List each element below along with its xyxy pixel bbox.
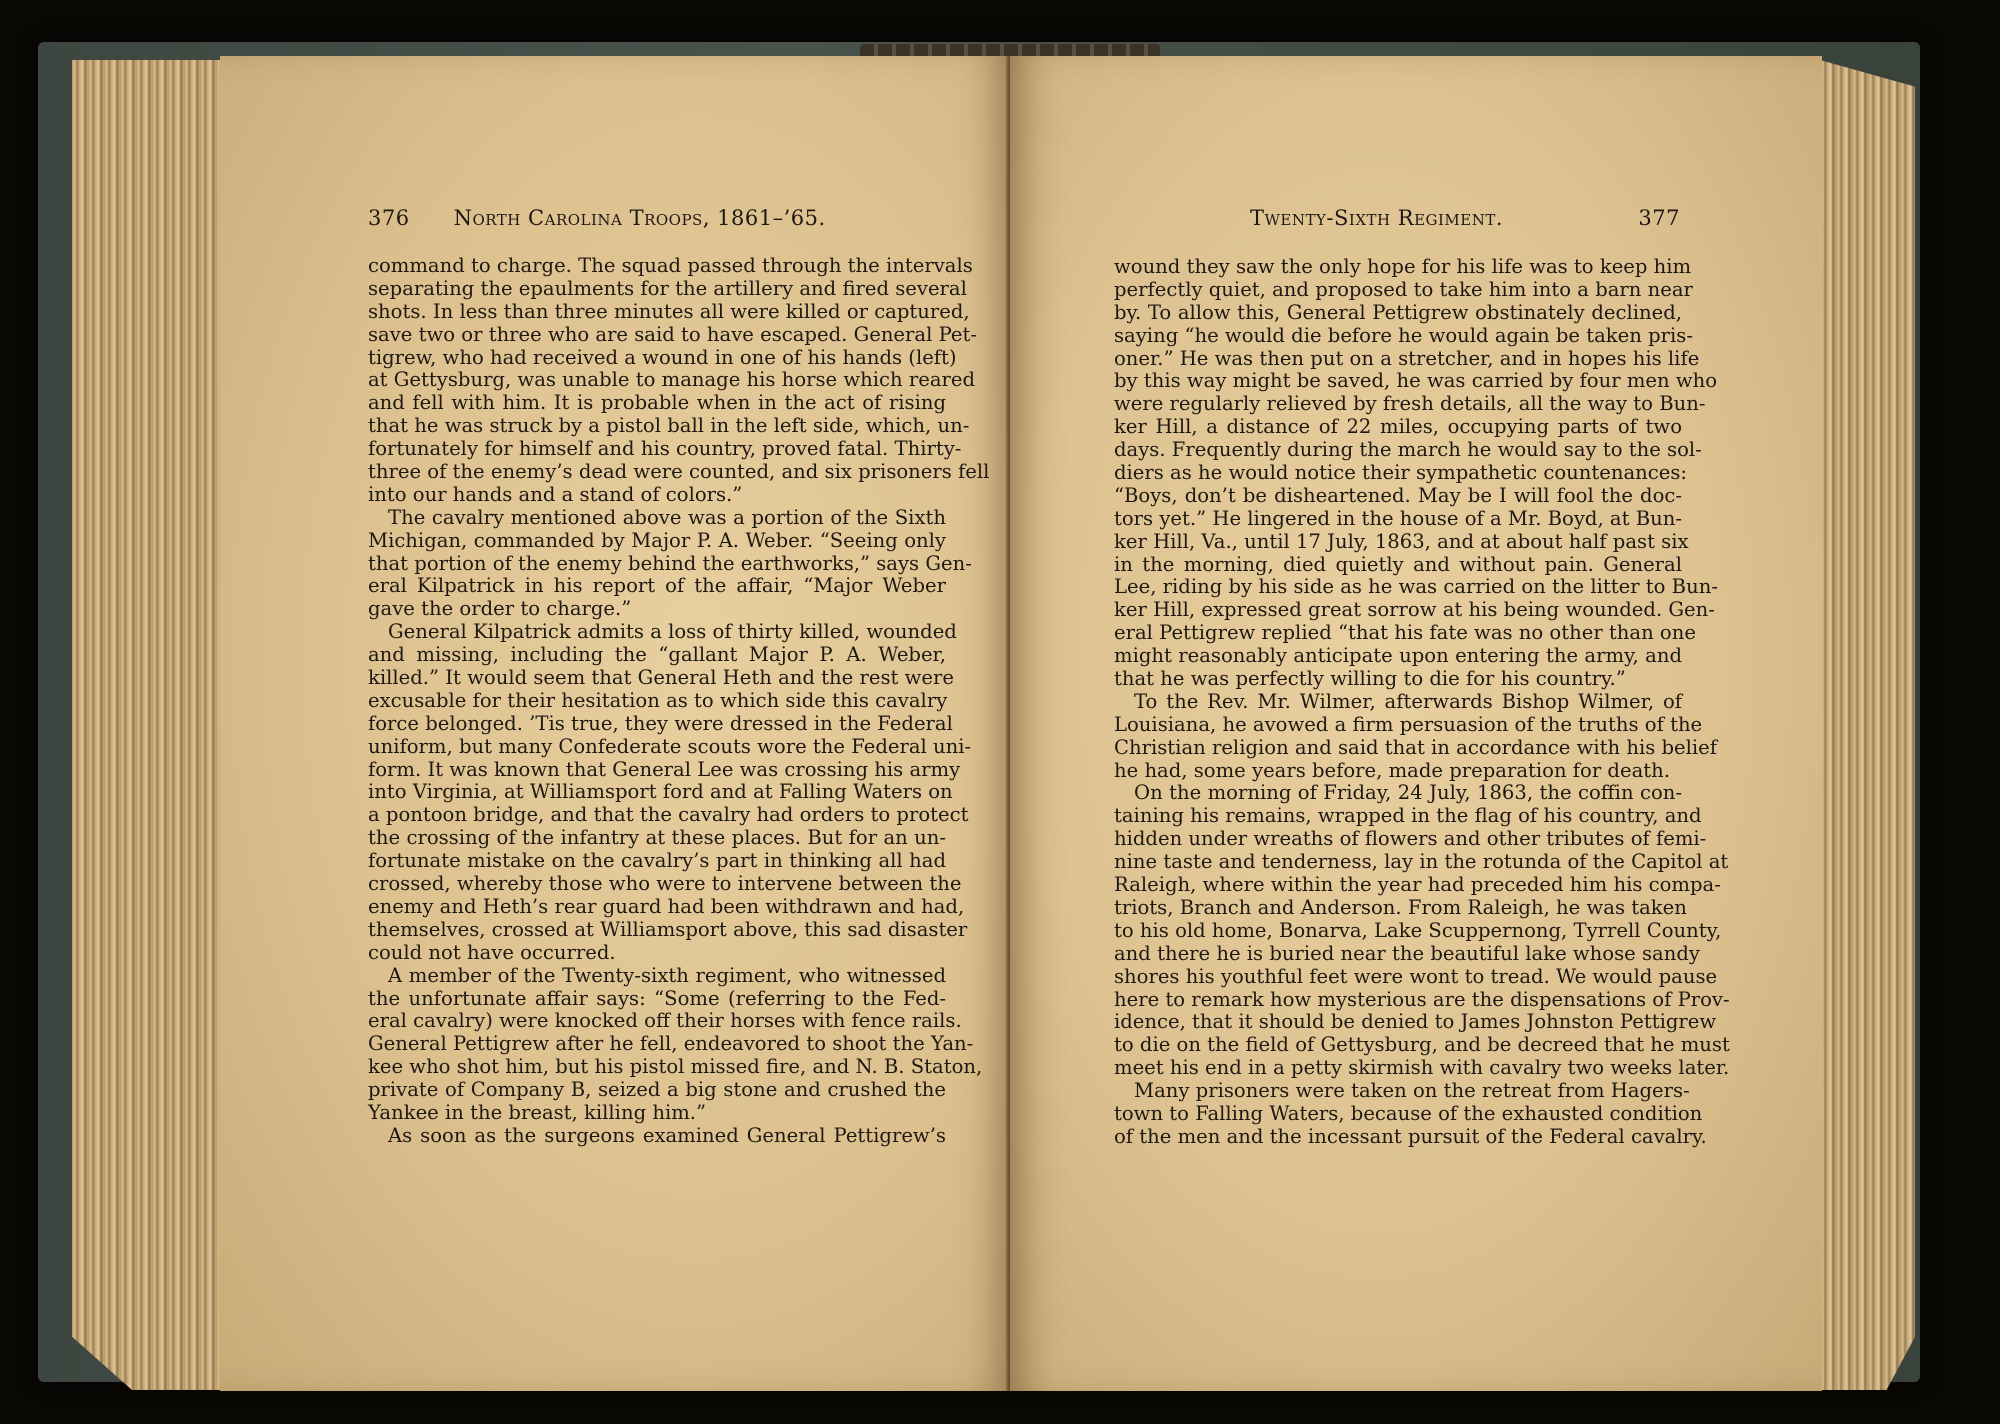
text-line: Raleigh, where within the year had prece… — [1114, 874, 1682, 897]
text-line: and fell with him. It is probable when i… — [368, 392, 946, 415]
text-line: oner.” He was then put on a stretcher, a… — [1114, 348, 1682, 371]
text-line: to his old home, Bonarva, Lake Scupperno… — [1114, 920, 1682, 943]
text-line: in the morning, died quietly and without… — [1114, 554, 1682, 577]
text-line: command to charge. The squad passed thro… — [368, 255, 946, 278]
text-line: nine taste and tenderness, lay in the ro… — [1114, 851, 1682, 874]
left-page-body: command to charge. The squad passed thro… — [368, 255, 946, 1148]
text-line: A member of the Twenty-sixth regiment, w… — [368, 965, 946, 988]
text-line: Lee, riding by his side as he was carrie… — [1114, 576, 1682, 599]
text-line: that he was perfectly willing to die for… — [1114, 668, 1682, 691]
text-line: shots. In less than three minutes all we… — [368, 301, 946, 324]
right-page-body: wound they saw the only hope for his lif… — [1114, 256, 1682, 1149]
text-line: kee who shot him, but his pistol missed … — [368, 1056, 946, 1079]
text-line: crossed, whereby those who were to inter… — [368, 873, 946, 896]
text-line: saying “he would die before he would aga… — [1114, 325, 1682, 348]
text-line: save two or three who are said to have e… — [368, 324, 946, 347]
text-line: diers as he would notice their sympathet… — [1114, 462, 1682, 485]
text-line: fortunately for himself and his country,… — [368, 438, 946, 461]
text-line: might reasonably anticipate upon enterin… — [1114, 645, 1682, 668]
text-line: the unfortunate affair says: “Some (refe… — [368, 988, 946, 1011]
text-line: Michigan, commanded by Major P. A. Weber… — [368, 530, 946, 553]
text-line: eral cavalry) were knocked off their hor… — [368, 1010, 946, 1033]
text-line: shores his youthful feet were wont to tr… — [1114, 966, 1682, 989]
text-line: wound they saw the only hope for his lif… — [1114, 256, 1682, 279]
text-line: and missing, including the “gallant Majo… — [368, 644, 946, 667]
text-line: into Virginia, at Williamsport ford and … — [368, 781, 946, 804]
text-line: Yankee in the breast, killing him.” — [368, 1102, 946, 1125]
text-line: eral Kilpatrick in his report of the aff… — [368, 575, 946, 598]
text-line: enemy and Heth’s rear guard had been wit… — [368, 896, 946, 919]
text-line: that he was struck by a pistol ball in t… — [368, 415, 946, 438]
text-line: As soon as the surgeons examined General… — [368, 1125, 946, 1148]
text-line: days. Frequently during the march he wou… — [1114, 439, 1682, 462]
text-line: private of Company B, seized a big stone… — [368, 1079, 946, 1102]
text-line: General Pettigrew after he fell, endeavo… — [368, 1033, 946, 1056]
text-line: tors yet.” He lingered in the house of a… — [1114, 508, 1682, 531]
text-line: at Gettysburg, was unable to manage his … — [368, 369, 946, 392]
text-line: ker Hill, expressed great sorrow at his … — [1114, 599, 1682, 622]
text-line: General Kilpatrick admits a loss of thir… — [368, 621, 946, 644]
text-line: hidden under wreaths of flowers and othe… — [1114, 828, 1682, 851]
right-page-edges — [1820, 60, 1915, 1390]
text-line: force belonged. ’Tis true, they were dre… — [368, 713, 946, 736]
text-line: tigrew, who had received a wound in one … — [368, 347, 946, 370]
text-line: “Boys, don’t be disheartened. May be I w… — [1114, 485, 1682, 508]
page-number: 377 — [1638, 206, 1680, 230]
text-line: separating the epaulments for the artill… — [368, 278, 946, 301]
page-number: 376 — [368, 206, 410, 230]
text-line: eral Pettigrew replied “that his fate wa… — [1114, 622, 1682, 645]
text-line: On the morning of Friday, 24 July, 1863,… — [1114, 782, 1682, 805]
text-line: of the men and the incessant pursuit of … — [1114, 1126, 1682, 1149]
right-page: Twenty-Sixth Regiment. 377 wound they sa… — [1010, 56, 1822, 1391]
left-running-head: 376 North Carolina Troops, 1861–’65. — [368, 206, 948, 230]
text-line: ker Hill, Va., until 17 July, 1863, and … — [1114, 531, 1682, 554]
text-line: could not have occurred. — [368, 942, 946, 965]
text-line: To the Rev. Mr. Wilmer, afterwards Bisho… — [1114, 691, 1682, 714]
text-line: The cavalry mentioned above was a portio… — [368, 507, 946, 530]
text-line: by this way might be saved, he was carri… — [1114, 370, 1682, 393]
text-line: form. It was known that General Lee was … — [368, 759, 946, 782]
text-line: taining his remains, wrapped in the flag… — [1114, 805, 1682, 828]
text-line: here to remark how mysterious are the di… — [1114, 989, 1682, 1012]
text-line: and there he is buried near the beautifu… — [1114, 943, 1682, 966]
text-line: fortunate mistake on the cavalry’s part … — [368, 850, 946, 873]
text-line: uniform, but many Confederate scouts wor… — [368, 736, 946, 759]
text-line: meet his end in a petty skirmish with ca… — [1114, 1057, 1682, 1080]
right-running-head: Twenty-Sixth Regiment. 377 — [1250, 206, 1680, 230]
text-line: Louisiana, he avowed a firm persuasion o… — [1114, 714, 1682, 737]
text-line: town to Falling Waters, because of the e… — [1114, 1103, 1682, 1126]
text-line: killed.” It would seem that General Heth… — [368, 667, 946, 690]
text-line: a pontoon bridge, and that the cavalry h… — [368, 804, 946, 827]
left-page-edges — [72, 60, 222, 1390]
text-line: triots, Branch and Anderson. From Raleig… — [1114, 897, 1682, 920]
text-line: three of the enemy’s dead were counted, … — [368, 461, 946, 484]
text-line: that portion of the enemy behind the ear… — [368, 553, 946, 576]
text-line: into our hands and a stand of colors.” — [368, 484, 946, 507]
left-page: 376 North Carolina Troops, 1861–’65. com… — [220, 56, 1010, 1391]
text-line: themselves, crossed at Williamsport abov… — [368, 919, 946, 942]
text-line: Christian religion and said that in acco… — [1114, 737, 1682, 760]
text-line: idence, that it should be denied to Jame… — [1114, 1011, 1682, 1034]
text-line: ker Hill, a distance of 22 miles, occupy… — [1114, 416, 1682, 439]
text-line: the crossing of the infantry at these pl… — [368, 827, 946, 850]
text-line: by. To allow this, General Pettigrew obs… — [1114, 302, 1682, 325]
text-line: perfectly quiet, and proposed to take hi… — [1114, 279, 1682, 302]
text-line: were regularly relieved by fresh details… — [1114, 393, 1682, 416]
text-line: to die on the field of Gettysburg, and b… — [1114, 1034, 1682, 1057]
text-line: he had, some years before, made preparat… — [1114, 760, 1682, 783]
text-line: Many prisoners were taken on the retreat… — [1114, 1080, 1682, 1103]
running-head-title: Twenty-Sixth Regiment. — [1250, 206, 1503, 230]
text-line: excusable for their hesitation as to whi… — [368, 690, 946, 713]
running-head-title: North Carolina Troops, 1861–’65. — [454, 206, 826, 230]
text-line: gave the order to charge.” — [368, 598, 946, 621]
